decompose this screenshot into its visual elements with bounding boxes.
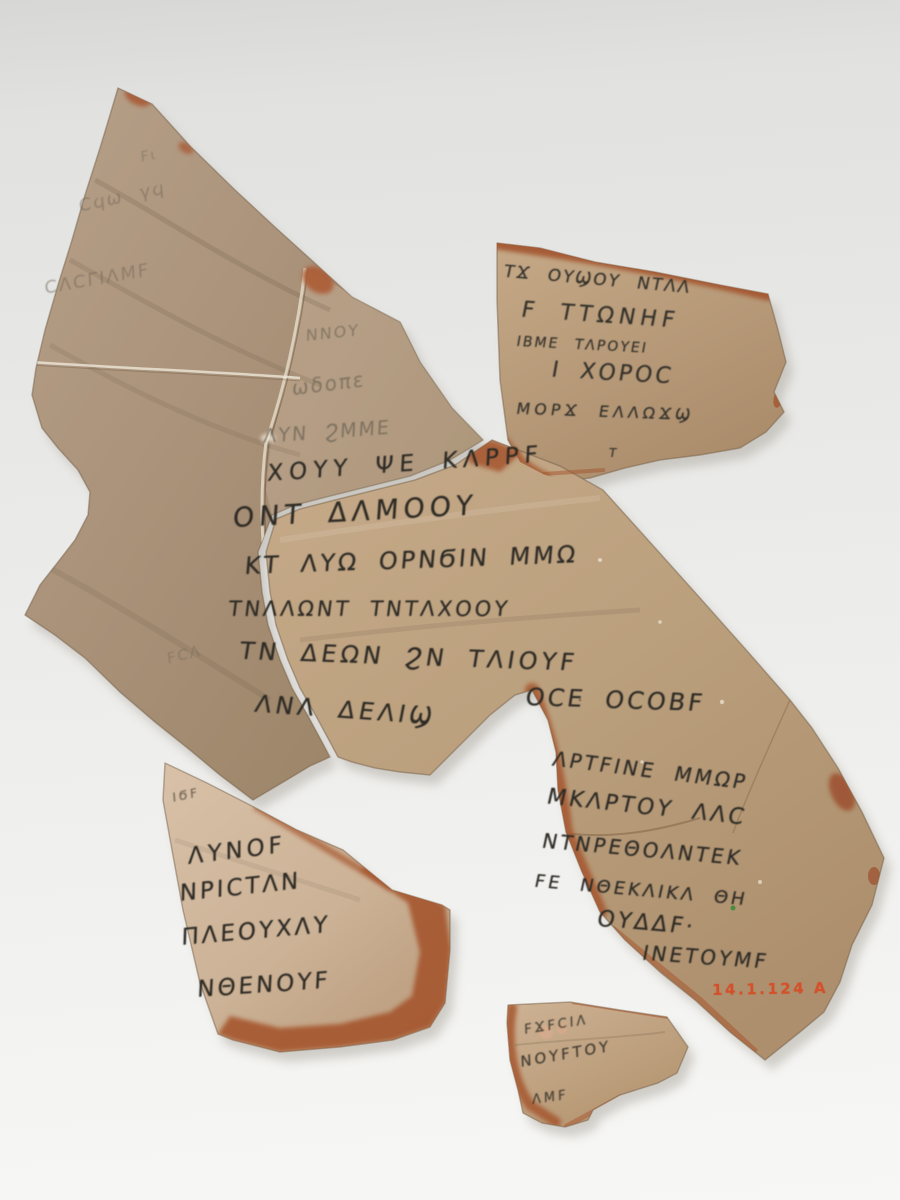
inscription-line: ΟΝΤ ΔΛΜΟΟΥ bbox=[232, 490, 479, 534]
inscription-line: ϹΛϹΓΙΛΜϜ bbox=[44, 259, 150, 299]
inscription-line: ΟΥΔΔϜ· bbox=[595, 907, 698, 940]
inscription-line: ΙΒΜΕ ΤΛΡΟΥΕΙ bbox=[515, 334, 649, 357]
inscription-line: ΜΟΡϪ ΕΛΛΩϪϢ bbox=[515, 399, 696, 424]
inscription-line: ΟϹΕ ΟϹΟΒϜ bbox=[524, 683, 708, 717]
inscription-line: ϜϪϜϹΙΛ bbox=[524, 1013, 588, 1038]
inscription-line: ΤΝΛΛΩΝΤ ΤΝΤΛΧΟΟΥ bbox=[227, 597, 511, 621]
inscription-line: Ϲϥω γϥ bbox=[78, 178, 167, 218]
inscription-line: ΠΛΕΟΥΧΛΥ bbox=[181, 912, 331, 951]
inscription-line: ΚΤ ΛΥΩ ΟΡΝϬΙΝ ΜΜΩ bbox=[244, 540, 580, 580]
inscription-line: ΝΘΕΝΟΥϜ bbox=[197, 968, 331, 1003]
accession-number-label: 14.1.124 A bbox=[712, 979, 828, 999]
inscription-line: ΧΟΥΥ ΨΕ ΚΛΡΡϜ bbox=[267, 442, 545, 487]
inscription-line: ΛΥΝ ϨΜΜΕ bbox=[263, 417, 392, 448]
inscription-line: ΜΚΛΡΤΟΥ ΛΛϹ bbox=[544, 785, 749, 830]
inscription-line: ϜΕ ΝΘΕΚΛΙΚΛ ΘΗ bbox=[533, 871, 750, 910]
inscription-line: ΤΝ ΔΕΩΝ ϨΝ ΤΛΙΟΥϜ bbox=[238, 637, 581, 677]
inscription-line: Τ bbox=[608, 446, 621, 460]
inscription-line: ΝΤΝΡΕΘΟΛΝΤΕΚ bbox=[540, 829, 745, 870]
inscription-line: ΛΝΛ ΔΕΛΙϢ bbox=[253, 690, 439, 730]
inscription-line: Ϝι bbox=[140, 147, 158, 167]
inscription-line: ΛΥΝΟϜ bbox=[188, 832, 286, 870]
inscription-line: ΝΡΙϹΤΛΝ bbox=[180, 868, 302, 907]
inscription-line: ΛΜϜ bbox=[532, 1088, 569, 1108]
ostraca-photograph: Ϝι Ϲϥω γϥ ϹΛϹΓΙΛΜϜ ΝΝΟΥ ωδοπε ΛΥΝ ϨΜΜΕ Ϝ… bbox=[0, 0, 900, 1200]
inscription-line: Ϝ ΤΤΩΝΗϜ bbox=[519, 298, 681, 334]
inscription-line: ΤϪ ΟΥϢΟΥ ΝΤΛΛ bbox=[502, 262, 693, 298]
inscription-line: ΝΟΥϜΤΟΥ bbox=[520, 1037, 612, 1071]
inscription-line: ωδοπε bbox=[292, 367, 366, 400]
inscription-line: ΙΝΕΤΟΥΜϜ bbox=[640, 941, 771, 974]
inscriptions: Ϝι Ϲϥω γϥ ϹΛϹΓΙΛΜϜ ΝΝΟΥ ωδοπε ΛΥΝ ϨΜΜΕ Ϝ… bbox=[0, 0, 900, 1200]
inscription-line: ΙϬϜ bbox=[172, 785, 200, 805]
inscription-line: ΝΝΟΥ bbox=[306, 320, 360, 345]
inscription-line: ϜϹΛ bbox=[166, 641, 203, 668]
inscription-line: Ι ΧΟΡΟϹ bbox=[550, 358, 676, 389]
